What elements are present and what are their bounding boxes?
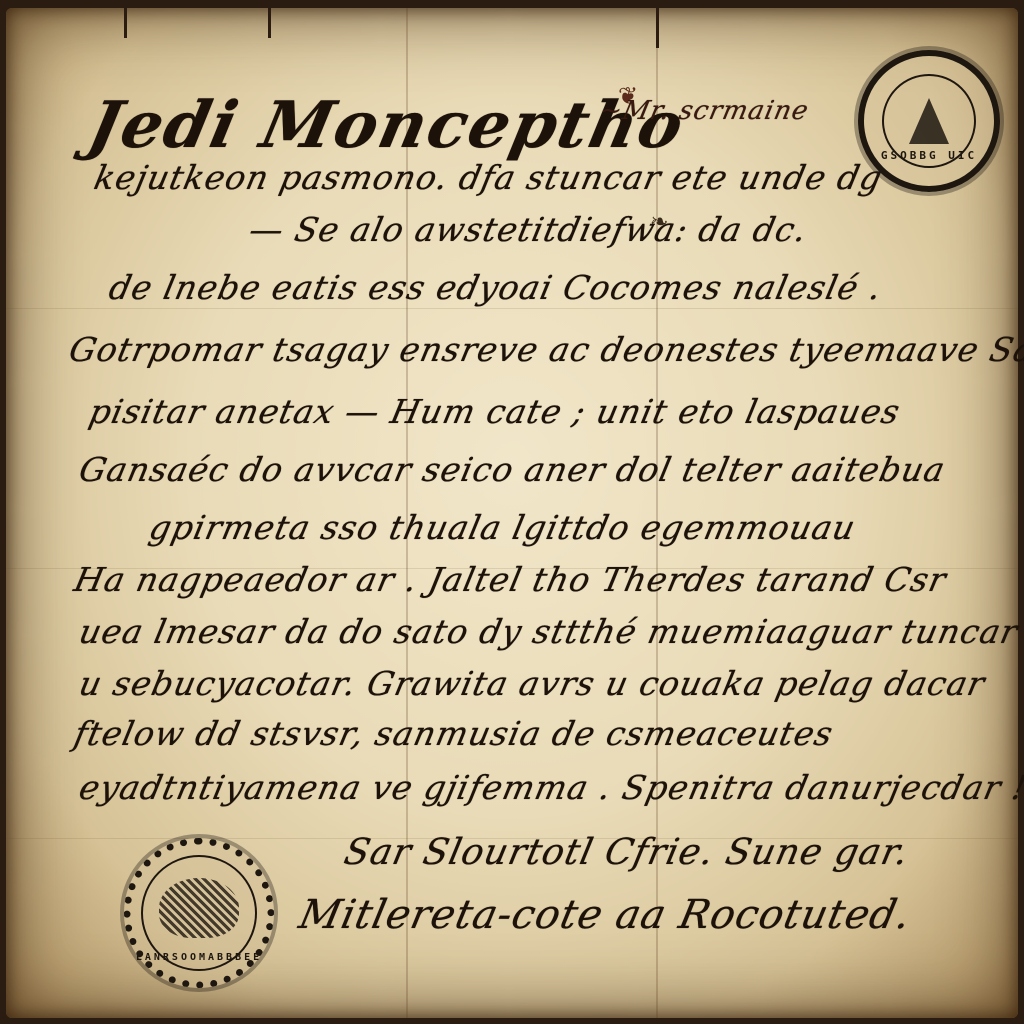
paper-tear <box>268 8 271 38</box>
stamp-seal-bottom-left: LANRSOOMABBBEE <box>124 838 274 988</box>
letter-line: Ha nagpeaedor ar . Jaltel tho Therdes ta… <box>71 560 950 599</box>
letter-line: eyadtntiyamena ve gjifemma . Spenitra da… <box>76 768 1024 807</box>
letter-line: kejutkeon pasmono. dfa stuncar ete unde … <box>91 158 886 197</box>
letter-line: gpirmeta sso thuala lgittdo egemmouau <box>146 508 860 547</box>
wax-seal-top-right: GSOBBG UIC <box>858 50 1000 192</box>
paper-crease <box>6 308 1018 309</box>
letter-line: pisitar anetax — Hum cate ; unit eto las… <box>86 392 904 431</box>
letter-signature: Mitlereta-cote aa Rocotuted. <box>295 892 915 938</box>
paper-tear <box>124 8 127 38</box>
letter-line: uea lmesar da do sato dy sttthé muemiaag… <box>76 612 1022 651</box>
letter-line: — Se alo awstetitdiefwa: da dc. <box>246 210 811 249</box>
seal-ring-text: GSOBBG UIC <box>881 149 977 162</box>
header-flourish: ~Mr. scrmaine <box>597 96 812 126</box>
letter-line: Gansaéc do avvcar seico aner dol telter … <box>76 450 949 489</box>
letter-line: u sebucyacotar. Grawita avrs u couaka pe… <box>76 664 989 703</box>
seal-ring-text: LANRSOOMABBBEE <box>136 952 262 963</box>
letter-closing: Sar Slourtotl Cfrie. Sune gar. <box>341 832 913 873</box>
letter-line: ftelow dd stsvsr, sanmusia de csmeaceute… <box>71 714 837 753</box>
paper-tear <box>656 8 659 48</box>
ship-icon <box>909 98 949 144</box>
letter-line: Gotrpomar tsagay ensreve ac deonestes ty… <box>66 330 1024 369</box>
letter-line: de lnebe eatis ess edyoai Cocomes nalesl… <box>106 268 886 307</box>
tree-icon <box>159 878 239 938</box>
